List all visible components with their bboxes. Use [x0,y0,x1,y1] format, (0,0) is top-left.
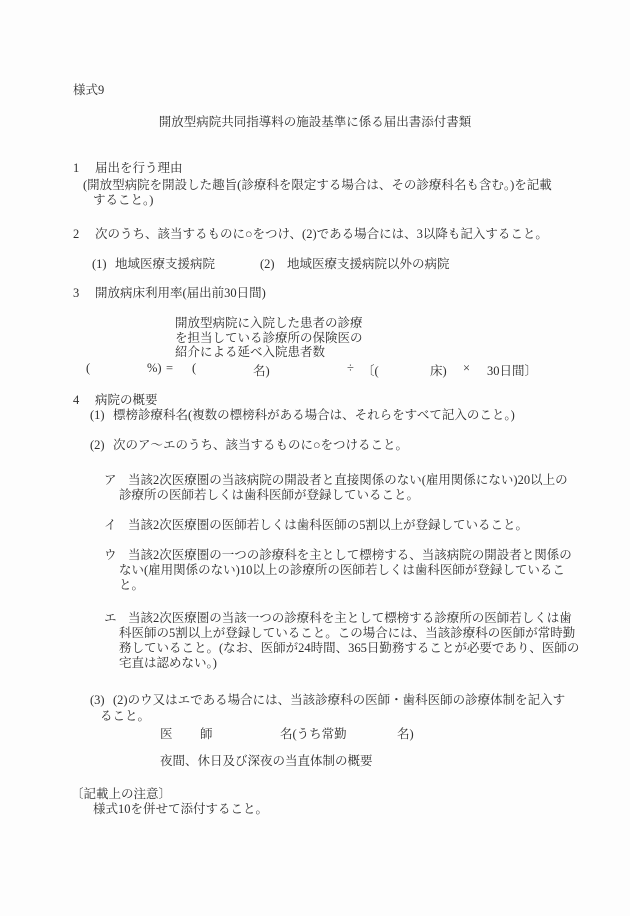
footer-note-heading: 〔記載上の注意〕 [71,787,171,802]
formula-token: = [166,361,173,376]
choice-u-line: と。 [119,578,144,593]
choice-e-marker: エ [104,611,117,626]
section-1-heading: 届出を行う理由 [95,161,183,176]
section-3-numerator-line: 紹介による延べ入院患者数 [175,345,325,360]
section-2-option-2-marker: (2) [260,257,275,272]
section-3-numerator-line: を担当している診療所の保険医の [175,331,363,346]
choice-u-line: 当該2次医療圏の一つの診療科を主として標榜する、当該病院の開設者と関係の [128,548,572,563]
section-3-heading: 開放病床利用率(届出前30日間) [95,286,266,301]
choice-e-line: 科医師の5割以上が登録していること。この場合には、当該診療科の医師が常時勤 [119,626,575,641]
section-2-option-2-label: 地域医療支援病院以外の病院 [287,257,450,272]
section-3-numerator-line: 開放型病院に入院した患者の診療 [175,316,363,331]
doctor-label: 師 [200,724,213,742]
choice-e-line: 当該2次医療圏の当該一つの診療科を主として標榜する診療所の医師若しくは歯 [128,611,572,626]
formula-token: 床) [430,361,447,379]
doctor-count-label: 名(うち常勤 [280,724,347,742]
formula-token: ( [86,361,90,376]
document-page: 様式9 開放型病院共同指導料の施設基準に係る届出書添付書類 1 届出を行う理由 … [0,0,630,916]
section-2-number: 2 [73,227,79,242]
choice-u-line: ない(雇用関係のない)10以上の診療所の医師若しくは歯科医師が登録しているこ [119,563,565,578]
section-2-option-1-label: 地域医療支援病院 [115,257,215,272]
section-3-number: 3 [73,286,79,301]
choice-i-line: 当該2次医療圏の医師若しくは歯科医師の5割以上が登録していること。 [128,518,528,533]
choice-a-line: 当該2次医療圏の当該病院の開設者と直接関係のない(雇用関係にない)20以上の [128,473,568,488]
doctor-label: 医 [160,724,173,742]
formula-token: 名) [253,361,270,379]
section-4-item-2-marker: (2) [90,438,105,453]
choice-e-line: 務していること。(なお、医師が24時間、365日勤務することが必要であり、医師の [119,641,579,656]
formula-token: 30日間〕 [487,361,537,379]
section-4-item-3-line: (2)のウ又はエである場合には、当該診療科の医師・歯科医師の診療体制を記入す [113,693,565,708]
section-1-note-line: すること。) [93,193,153,208]
form-number: 様式9 [73,83,104,98]
section-4-item-1-marker: (1) [90,408,105,423]
choice-u-marker: ウ [104,548,117,563]
section-2-option-1-marker: (1) [92,257,107,272]
formula-multiplication-sign: × [463,361,470,376]
formula-token: ( [192,361,196,376]
section-1-note-line: (開放型病院を開設した趣旨(診療科を限定する場合は、その診療科名も含む。)を記載 [83,178,552,193]
section-2-heading: 次のうち、該当するものに○をつけ、(2)である場合には、3以降も記入すること。 [95,227,548,242]
choice-i-marker: イ [104,518,117,533]
section-4-item-1-text: 標榜診療科名(複数の標榜科がある場合は、それらをすべて記入のこと。) [113,408,515,423]
choice-a-marker: ア [104,473,117,488]
choice-a-line: 診療所の医師若しくは歯科医師が登録していること。 [119,488,419,503]
formula-token: 〔( [362,361,379,379]
night-duty-label: 夜間、休日及び深夜の当直体制の概要 [160,754,373,769]
footer-note-body: 様式10を併せて添付すること。 [93,802,268,817]
choice-e-line: 宅直は認めない。) [119,656,217,671]
section-4-item-3-line: ること。 [100,709,150,724]
section-4-heading: 病院の概要 [95,393,158,408]
document-title: 開放型病院共同指導料の施設基準に係る届出書添付書類 [0,115,630,130]
section-4-number: 4 [73,393,79,408]
section-1-number: 1 [73,161,79,176]
formula-token: %) [147,361,162,376]
formula-division-sign: ÷ [347,361,354,376]
section-4-item-2-text: 次のア～エのうち、該当するものに○をつけること。 [113,438,408,453]
doctor-count-label: 名) [397,724,414,742]
section-4-item-3-marker: (3) [90,693,105,708]
